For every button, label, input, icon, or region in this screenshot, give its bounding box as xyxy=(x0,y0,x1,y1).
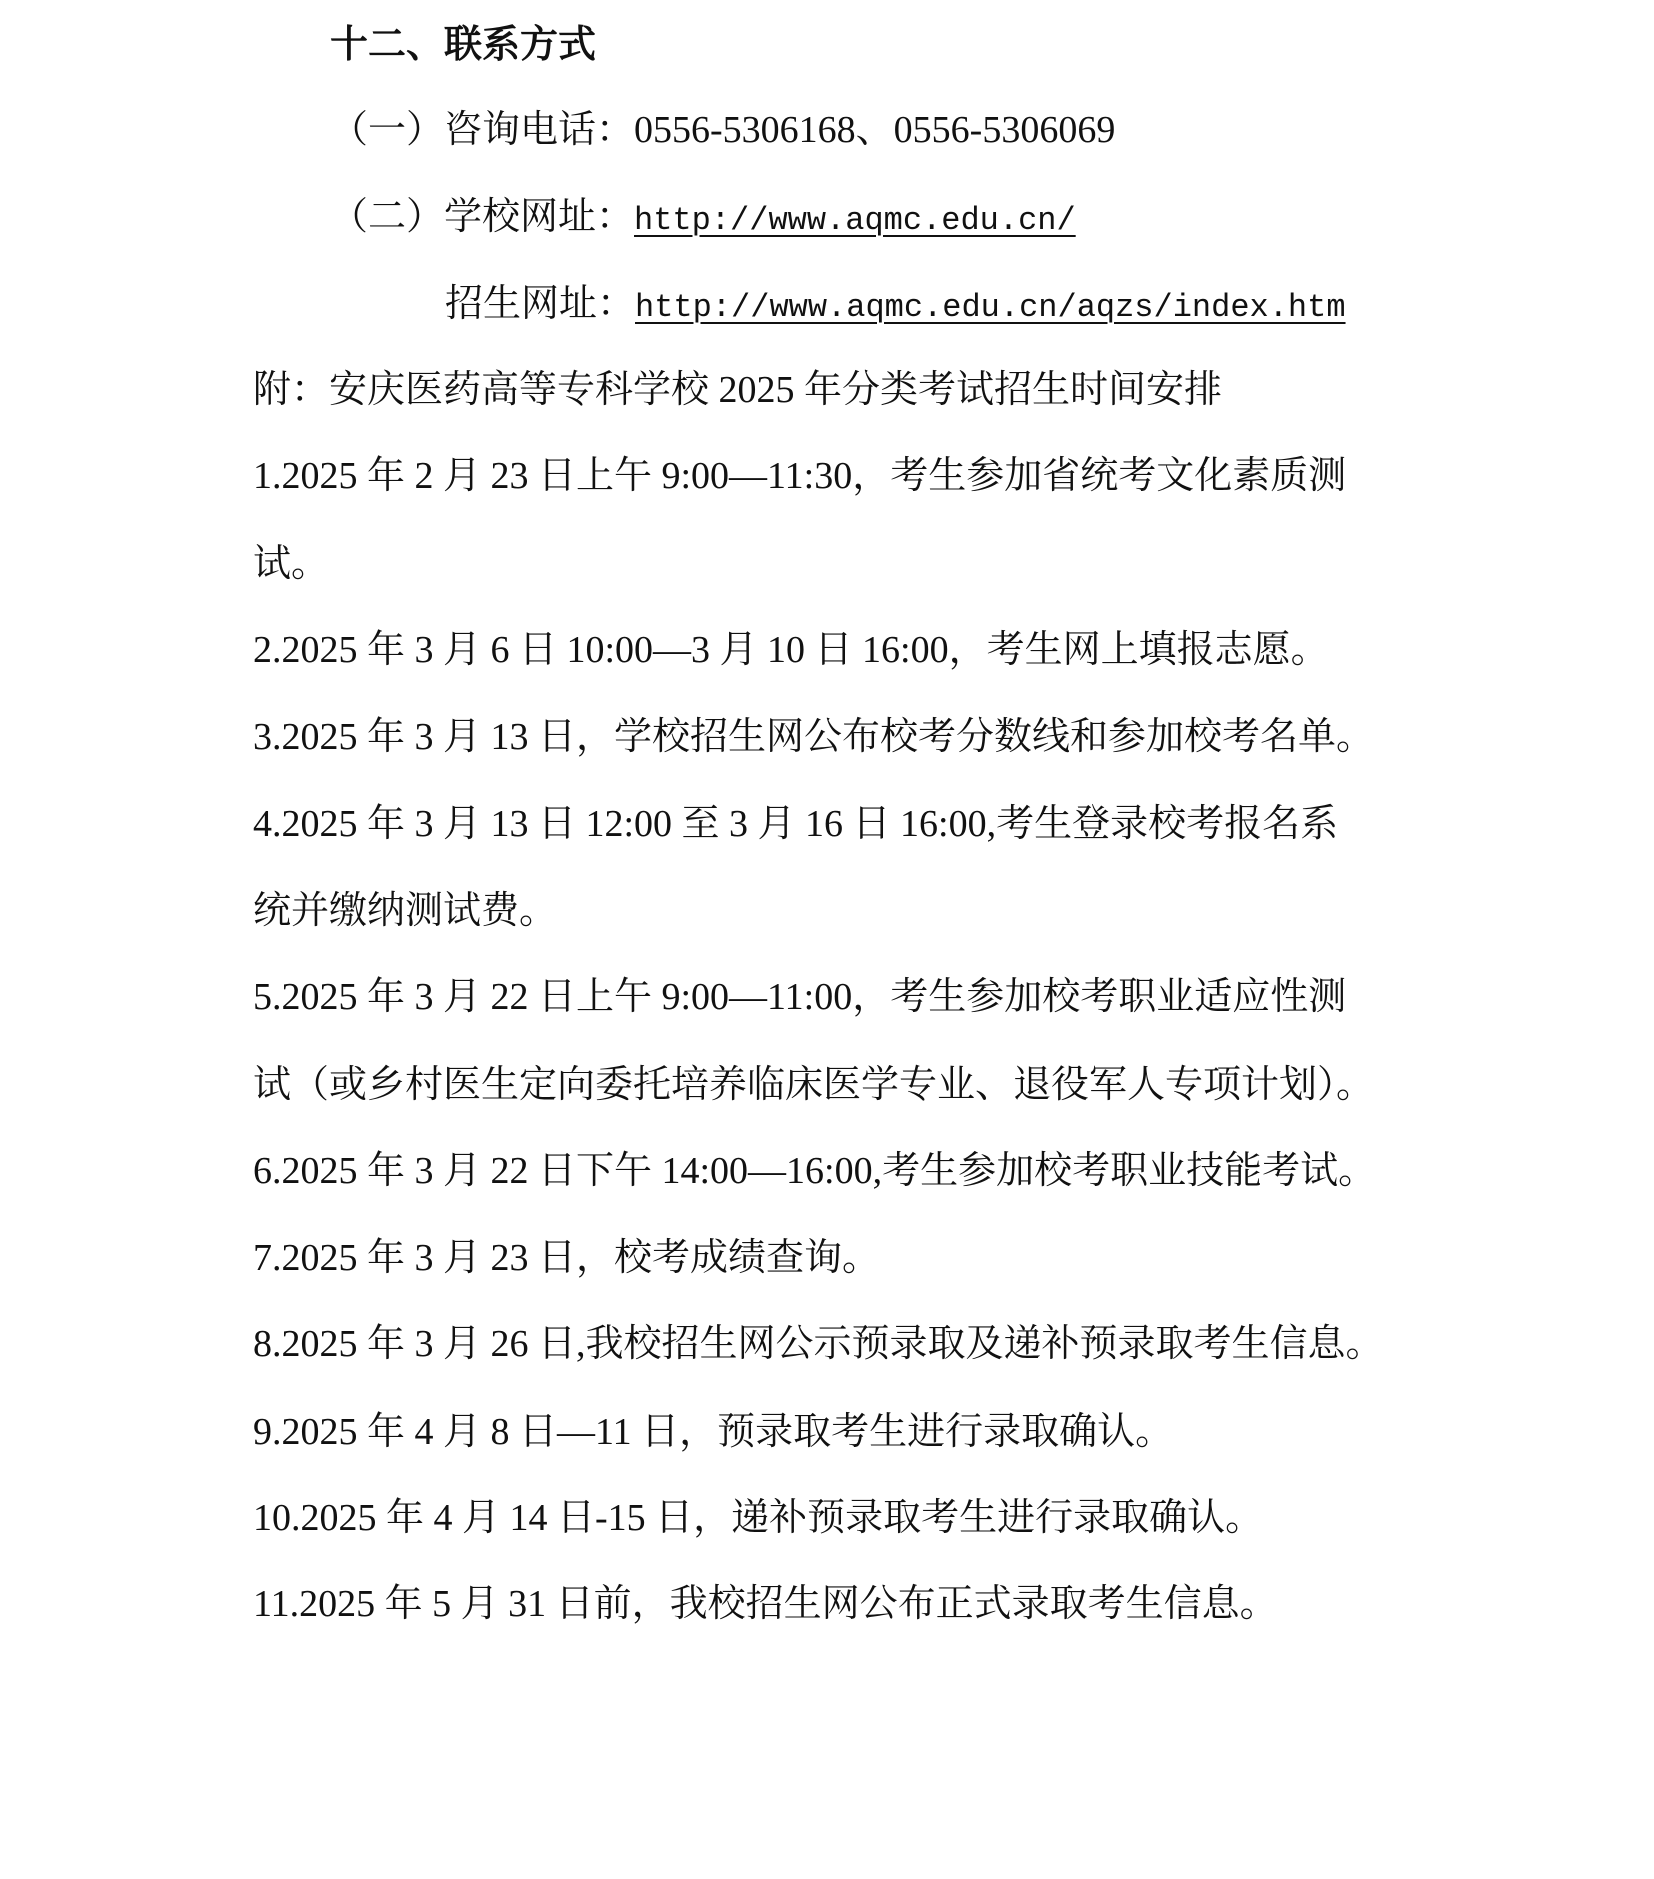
contact-phone: （一）咨询电话：0556-5306168、0556-5306069 xyxy=(330,108,1115,152)
schedule-item-4: 4.2025 年 3 月 13 日 12:00 至 3 月 16 日 16:00… xyxy=(253,802,1338,846)
schedule-item-6: 6.2025 年 3 月 22 日下午 14:00—16:00,考生参加校考职业… xyxy=(253,1149,1376,1193)
schedule-item-2: 2.2025 年 3 月 6 日 10:00—3 月 10 日 16:00，考生… xyxy=(253,628,1329,672)
contact-phone-value: 0556-5306168、0556-5306069 xyxy=(634,109,1115,151)
schedule-item-5: 5.2025 年 3 月 22 日上午 9:00—11:00，考生参加校考职业适… xyxy=(253,975,1346,1019)
contact-school-site: （二）学校网址：http://www.aqmc.edu.cn/ xyxy=(330,195,1076,239)
contact-phone-label: （一）咨询电话： xyxy=(330,109,634,151)
schedule-item-4-cont: 统并缴纳测试费。 xyxy=(253,889,557,933)
appendix-title: 附：安庆医药高等专科学校 2025 年分类考试招生时间安排 xyxy=(253,368,1222,412)
schedule-item-5-cont: 试（或乡村医生定向委托培养临床医学专业、退役军人专项计划）。 xyxy=(253,1063,1374,1107)
schedule-item-11: 11.2025 年 5 月 31 日前，我校招生网公布正式录取考生信息。 xyxy=(253,1582,1278,1626)
schedule-item-8: 8.2025 年 3 月 26 日,我校招生网公示预录取及递补预录取考生信息。 xyxy=(253,1322,1384,1366)
schedule-item-1: 1.2025 年 2 月 23 日上午 9:00—11:30，考生参加省统考文化… xyxy=(253,454,1346,498)
admission-site-label: 招生网址： xyxy=(445,283,635,325)
contact-admission-site: 招生网址：http://www.aqmc.edu.cn/aqzs/index.h… xyxy=(445,282,1346,326)
schedule-item-1-cont: 试。 xyxy=(253,542,329,586)
section-heading-contact: 十二、联系方式 xyxy=(330,22,596,66)
schedule-item-7: 7.2025 年 3 月 23 日，校考成绩查询。 xyxy=(253,1236,880,1280)
document-page: 十二、联系方式 （一）咨询电话：0556-5306168、0556-530606… xyxy=(0,0,1654,1879)
schedule-item-10: 10.2025 年 4 月 14 日-15 日，递补预录取考生进行录取确认。 xyxy=(253,1496,1263,1540)
school-site-label: （二）学校网址： xyxy=(330,196,634,238)
schedule-item-9: 9.2025 年 4 月 8 日—11 日，预录取考生进行录取确认。 xyxy=(253,1410,1173,1454)
schedule-item-3: 3.2025 年 3 月 13 日，学校招生网公布校考分数线和参加校考名单。 xyxy=(253,715,1374,759)
admission-site-link[interactable]: http://www.aqmc.edu.cn/aqzs/index.htm xyxy=(635,289,1346,326)
school-site-link[interactable]: http://www.aqmc.edu.cn/ xyxy=(634,202,1076,239)
